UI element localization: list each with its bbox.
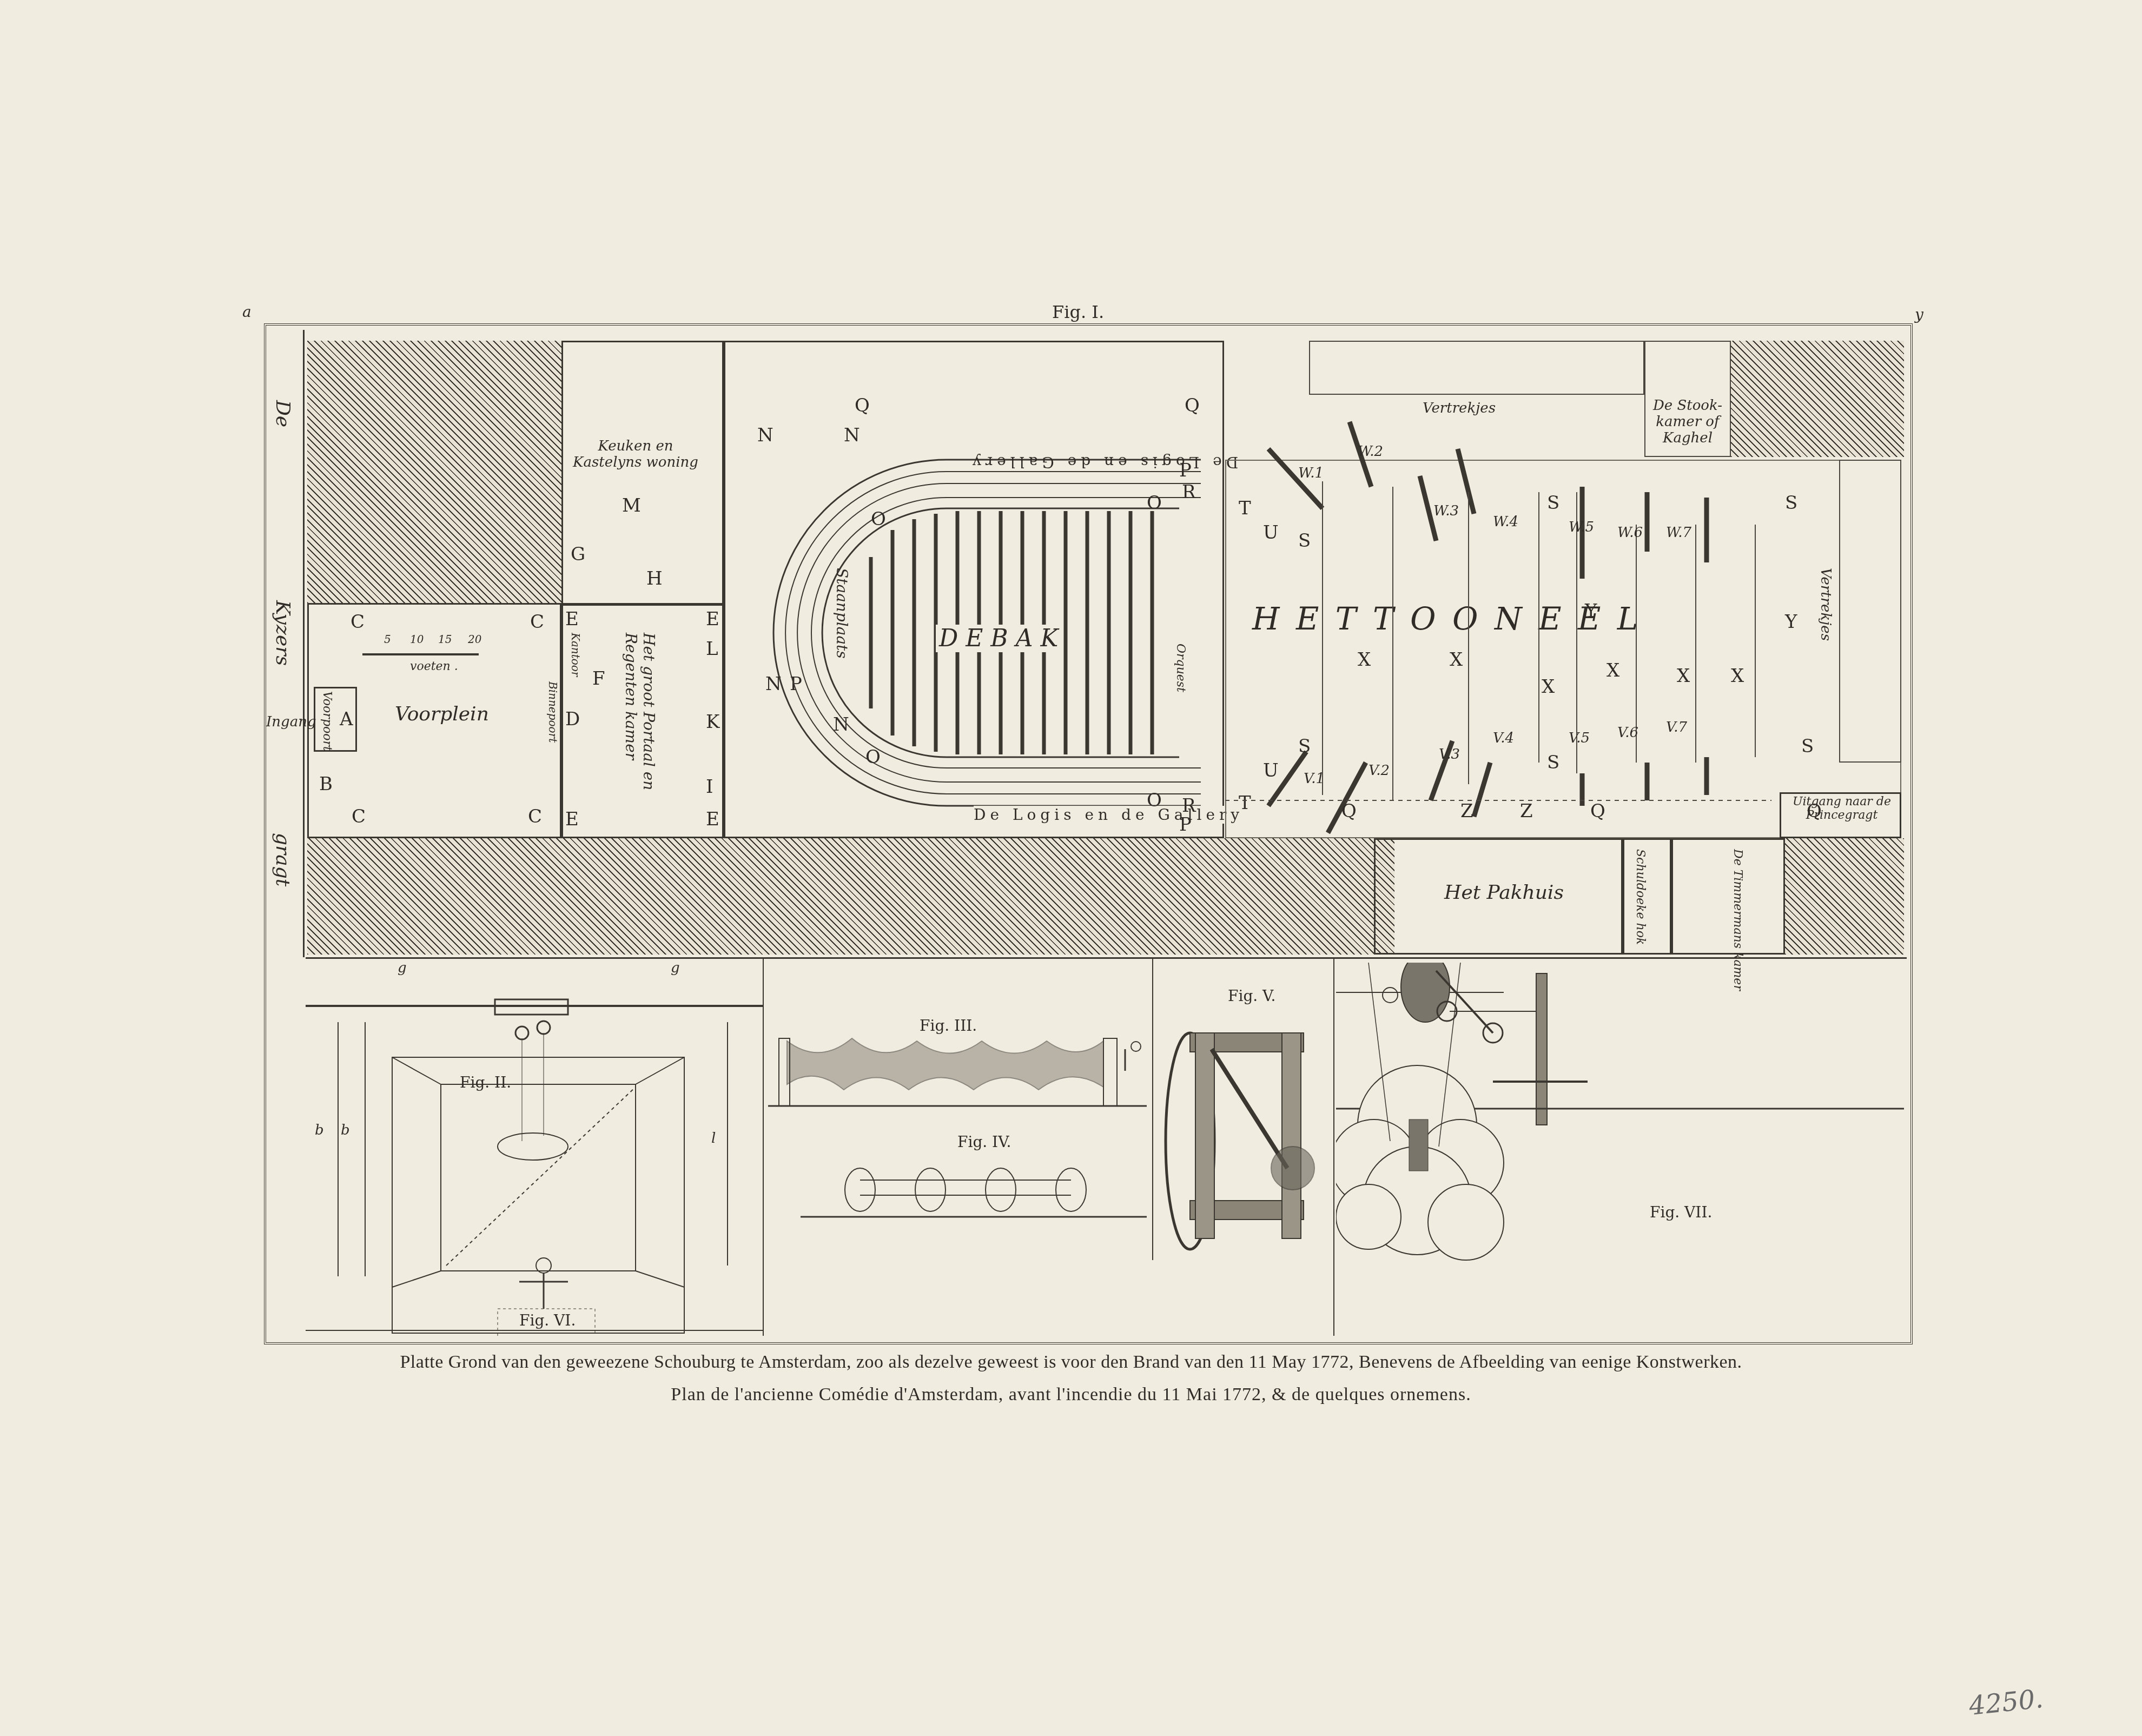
neighbour-hatched-se xyxy=(1785,838,1904,955)
room-timmermans xyxy=(1671,838,1785,955)
letter-X: X xyxy=(1731,665,1744,687)
letter-Y: Y xyxy=(1785,611,1797,633)
scale-tick-20: 20 xyxy=(468,633,481,646)
letter-R: R xyxy=(1182,795,1196,817)
letter-S: S xyxy=(1547,752,1559,773)
fig5-title: Fig. V. xyxy=(1228,987,1275,1005)
letter-H: H xyxy=(646,568,663,589)
letter-S: S xyxy=(1801,736,1814,757)
fig7-cloud-machine-drawing xyxy=(1336,963,1904,1341)
divider xyxy=(763,957,764,1336)
wing-label-W3: W.3 xyxy=(1433,503,1459,519)
fig6-title: Fig. VI. xyxy=(519,1311,576,1329)
letter-S: S xyxy=(1785,492,1797,514)
fig2-flying-machine-drawing xyxy=(306,963,763,1336)
letter-O: O xyxy=(1147,790,1162,811)
letter-C: C xyxy=(528,806,542,827)
scale-tick-5: 5 xyxy=(384,633,391,646)
letter-I: I xyxy=(706,776,713,798)
wing-label-V1: V.1 xyxy=(1304,771,1325,787)
caption-french: Plan de l'ancienne Comédie d'Amsterdam, … xyxy=(0,1384,2142,1405)
room-keuken xyxy=(561,341,724,606)
neighbour-hatched-block xyxy=(307,341,561,603)
letter-C: C xyxy=(352,806,366,827)
letter-F: F xyxy=(592,668,605,690)
room-vertrekjes-top xyxy=(1309,341,1644,395)
letter-X: X xyxy=(1450,649,1463,671)
room-vertrekjes-right xyxy=(1839,460,1901,763)
vertrekjes-right-label: Vertrekjes xyxy=(1817,568,1834,641)
wing-label-V3: V.3 xyxy=(1439,746,1460,763)
street-label-gragt: gragt xyxy=(272,833,294,886)
pakhuis-label: Het Pakhuis xyxy=(1444,882,1564,904)
letter-Q: Q xyxy=(1341,800,1357,822)
stookkamer-label: De Stook-kamer of Kaghel xyxy=(1647,397,1728,446)
letter-M: M xyxy=(622,495,641,516)
corner-mark-left: a xyxy=(242,303,252,321)
fig5-wheel-machine-drawing xyxy=(1158,1011,1331,1260)
fig2-label-k: l xyxy=(711,1130,716,1147)
portaal-label: Het groot Portaal en Regenten kamer xyxy=(622,633,658,811)
ingang-label: Ingang xyxy=(266,714,316,730)
scale-tick-15: 15 xyxy=(438,633,452,646)
caption-dutch: Platte Grond van den geweezene Schouburg… xyxy=(0,1352,2142,1373)
logis-bottom-label: De Logis en de Gallery xyxy=(974,806,1244,824)
catalog-number: 4250. xyxy=(1967,1684,2045,1721)
staanplaats-label: Staanplaats xyxy=(833,568,851,659)
letter-G: G xyxy=(571,544,585,565)
letter-S: S xyxy=(1298,736,1311,757)
letter-O: O xyxy=(871,508,886,530)
scale-tick-10: 10 xyxy=(410,633,424,646)
letter-K: K xyxy=(706,711,719,733)
stage-wings xyxy=(1225,384,1901,838)
keuken-label: Keuken en Kastelyns woning xyxy=(568,438,703,471)
wing-label-W1: W.1 xyxy=(1298,465,1324,481)
letter-A: A xyxy=(340,708,353,730)
fig1-title: Fig. I. xyxy=(1052,302,1104,322)
letter-X: X xyxy=(1677,665,1690,687)
scale-bar xyxy=(362,653,479,655)
street-label-kyzers: Kyzers xyxy=(272,600,294,666)
letter-Y: Y xyxy=(1585,600,1597,622)
fig7-title: Fig. VII. xyxy=(1650,1203,1712,1221)
schuldoeke-label: Schuldoeke hok xyxy=(1634,849,1647,945)
wing-label-W4: W.4 xyxy=(1493,514,1518,530)
orquest-label: Orquest xyxy=(1174,644,1187,692)
letter-O: O xyxy=(1147,492,1162,514)
wing-label-V4: V.4 xyxy=(1493,730,1514,746)
scale-unit: voeten . xyxy=(410,660,458,673)
vertrekjes-top-label: Vertrekjes xyxy=(1423,400,1496,416)
uitgang-label: Uitgang naar de Princegragt xyxy=(1785,795,1899,822)
letter-P: P xyxy=(1179,460,1192,481)
letter-E: E xyxy=(706,809,719,830)
fig2-label-b: b xyxy=(315,1122,324,1138)
logis-top-label: De Logis en de Gallery xyxy=(968,453,1238,471)
wing-label-W5: W.5 xyxy=(1569,519,1594,535)
letter-X: X xyxy=(1358,649,1371,671)
letter-Q: Q xyxy=(855,395,870,416)
letter-Q: Q xyxy=(1590,800,1605,822)
fig4-bell-rollers-drawing xyxy=(801,1147,1147,1228)
binnepoort-label: Binnepoort xyxy=(546,681,559,743)
voorplein-label: Voorplein xyxy=(395,703,489,725)
letter-X: X xyxy=(1606,660,1619,681)
alley-hatched-strip xyxy=(307,838,1394,955)
letter-D: D xyxy=(565,708,580,730)
letter-L: L xyxy=(706,638,718,660)
letter-E: E xyxy=(565,809,579,830)
floor-plan: De Kyzers gragt Voorplein Voorpoort A B … xyxy=(281,330,1904,957)
letter-X: X xyxy=(1542,676,1555,698)
letter-O: O xyxy=(865,746,881,768)
letter-C: C xyxy=(530,611,544,633)
wing-label-W7: W.7 xyxy=(1666,525,1691,541)
wing-label-V7: V.7 xyxy=(1666,719,1687,736)
letter-S: S xyxy=(1547,492,1559,514)
letter-Z: Z xyxy=(1520,800,1533,822)
fig2-label-b: b xyxy=(341,1122,350,1138)
letter-B: B xyxy=(319,773,333,795)
wing-label-V6: V.6 xyxy=(1617,725,1638,741)
divider xyxy=(1152,957,1153,1260)
corner-mark-right: y xyxy=(1915,306,1923,323)
letter-P: P xyxy=(1179,814,1192,836)
letter-Q: Q xyxy=(1185,395,1200,416)
letter-R: R xyxy=(1182,481,1196,503)
kantoor-label: Kantoor xyxy=(569,633,582,677)
wing-label-W2: W.2 xyxy=(1358,443,1383,460)
fig2-title: Fig. II. xyxy=(460,1074,511,1091)
street-label-de: De xyxy=(272,400,294,427)
letter-C: C xyxy=(351,611,365,633)
letter-S: S xyxy=(1298,530,1311,552)
fig4-title: Fig. IV. xyxy=(957,1133,1011,1151)
room-schuldoeke xyxy=(1623,838,1671,955)
divider xyxy=(1333,957,1334,1336)
wing-label-V5: V.5 xyxy=(1569,730,1590,746)
fig2-label-f: g xyxy=(398,960,407,976)
letter-Z: Z xyxy=(1460,800,1473,822)
wing-label-W6: W.6 xyxy=(1617,525,1643,541)
wing-label-V2: V.2 xyxy=(1368,763,1390,779)
voorpoort-label: Voorpoort xyxy=(320,691,334,751)
de-bak-label: D E B A K xyxy=(936,625,1061,652)
letter-E: E xyxy=(565,608,579,630)
letter-E: E xyxy=(706,608,719,630)
fig3-title: Fig. III. xyxy=(920,1017,977,1035)
fig2-label-f: g xyxy=(671,960,680,976)
